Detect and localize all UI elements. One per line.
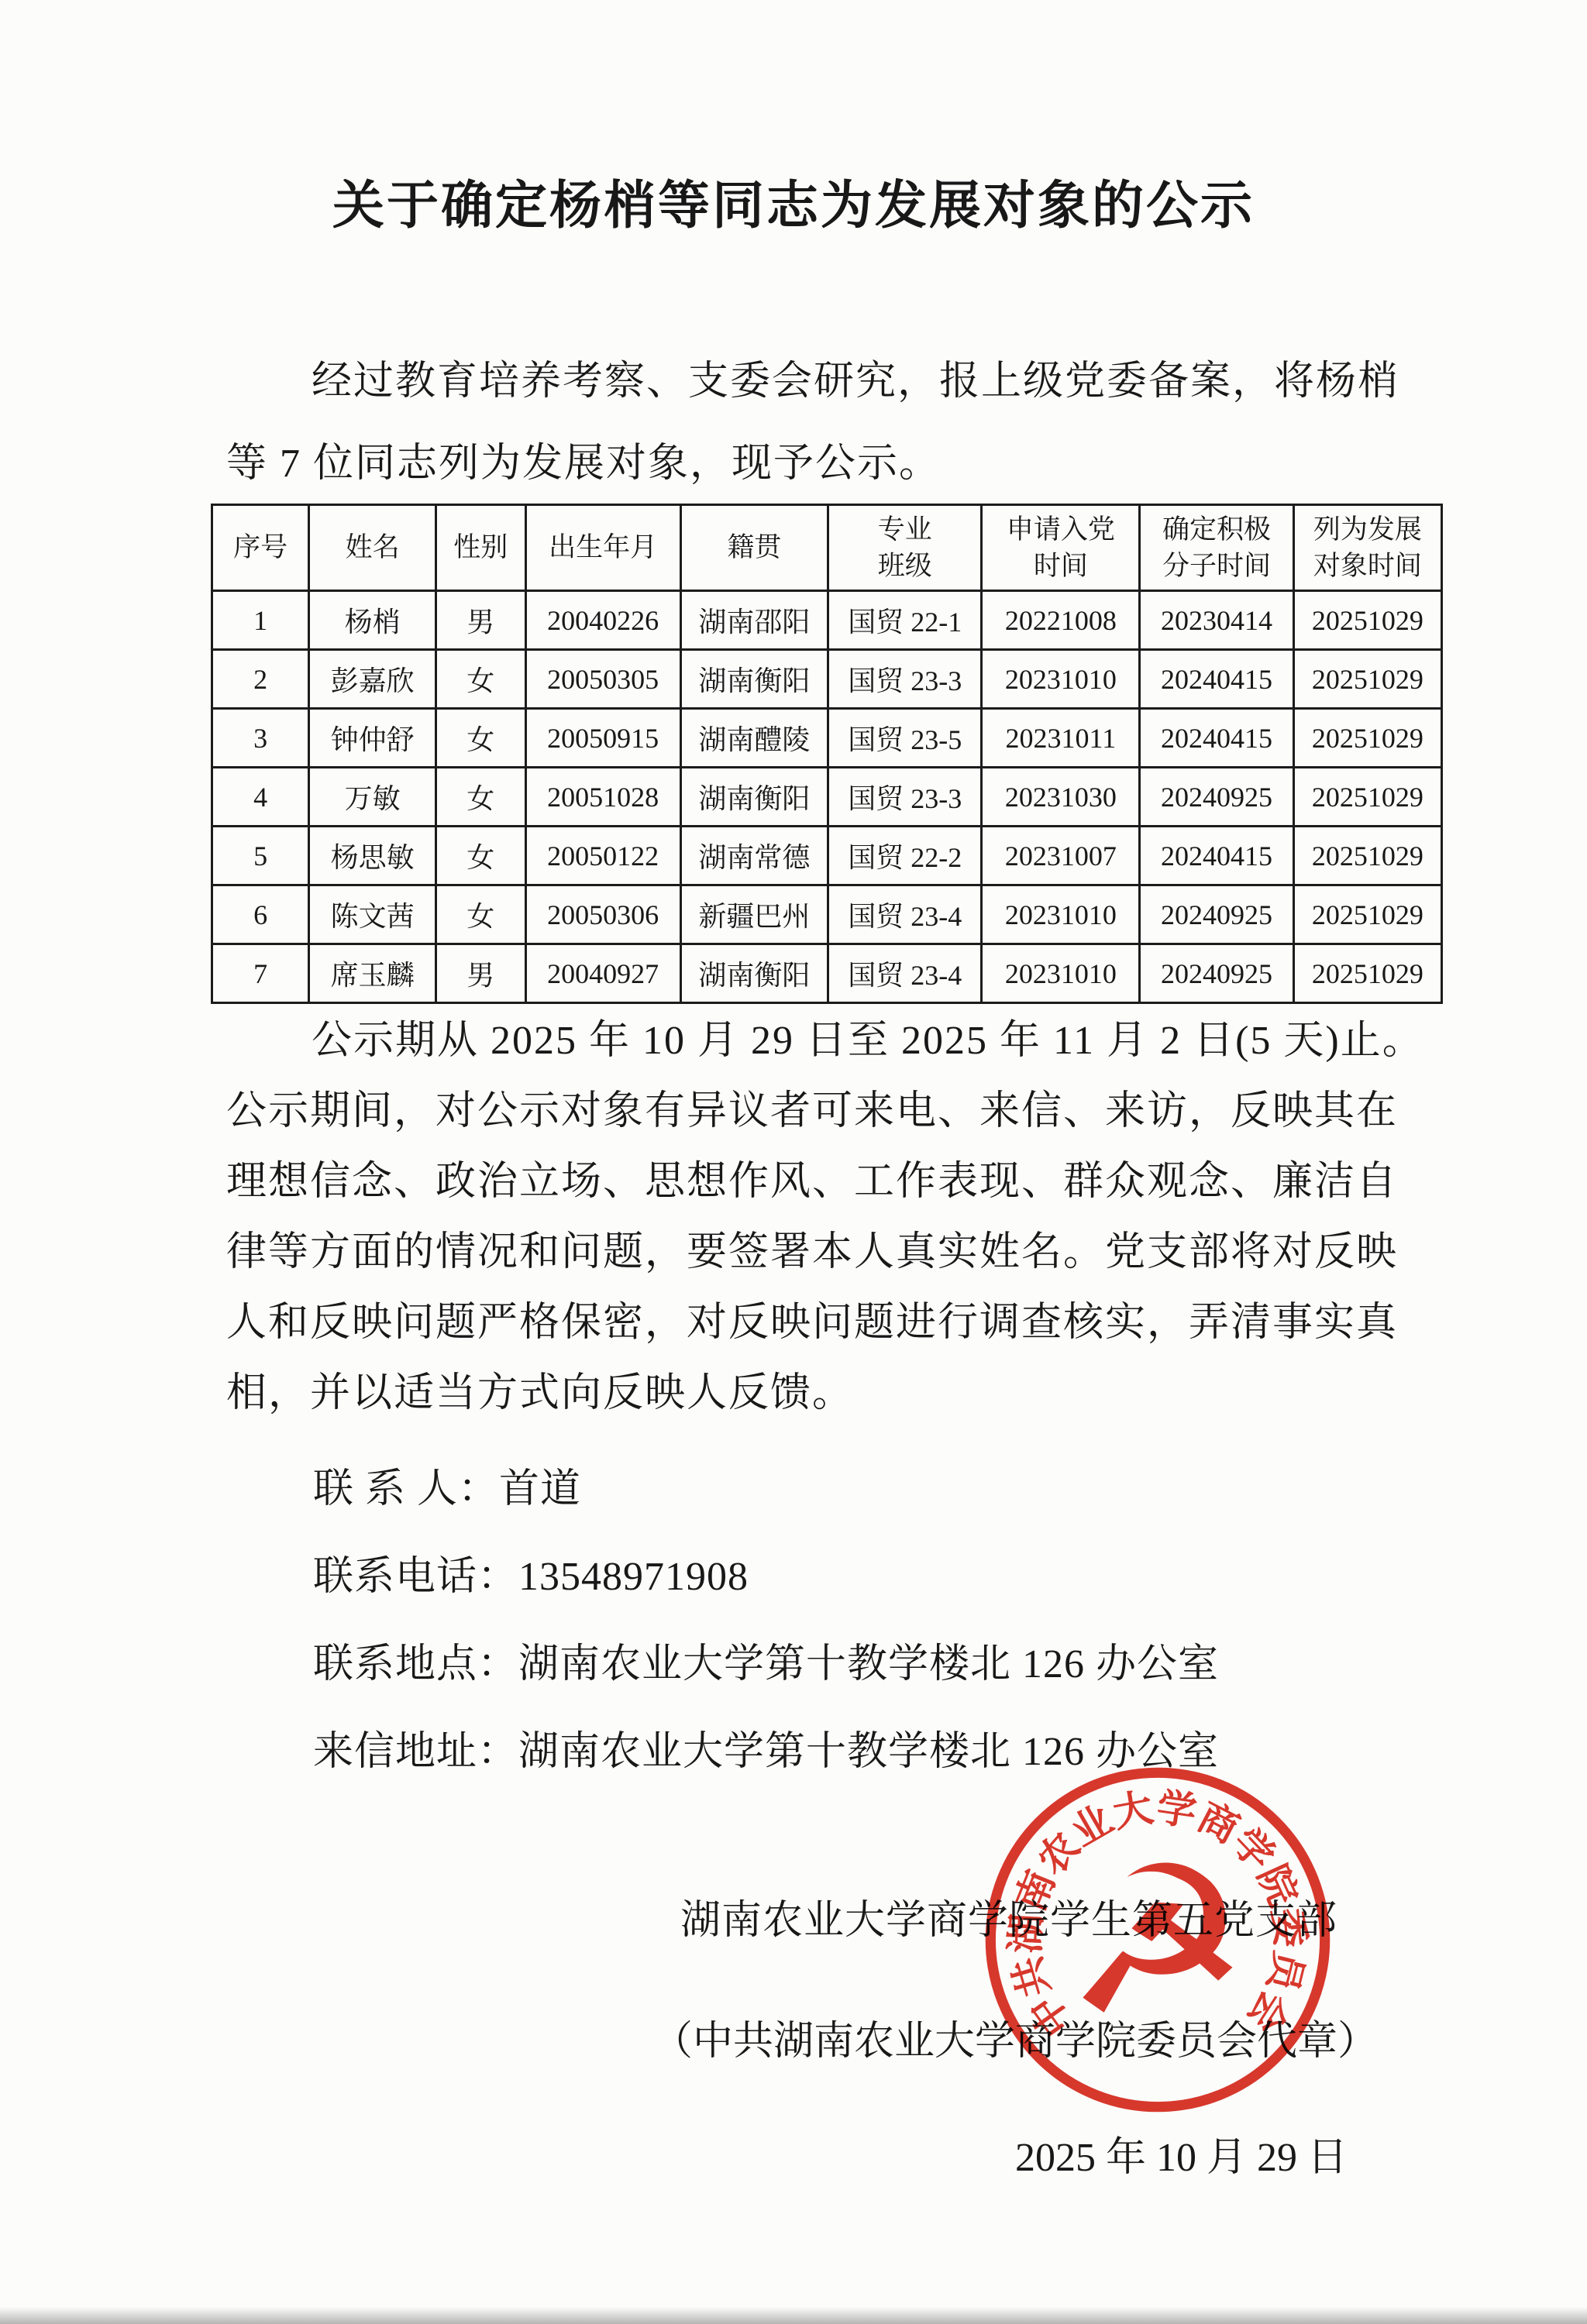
table-cell: 20231007 (982, 827, 1140, 885)
table-cell: 7 (212, 944, 309, 1003)
text-line: 公示期从 2025 年 10 月 29 日至 2025 年 11 月 2 日(5… (226, 1006, 1424, 1076)
table-cell: 1 (212, 591, 309, 650)
table-row: 2彭嘉欣女20050305湖南衡阳国贸 23-32023101020240415… (212, 650, 1442, 709)
table-cell: 杨梢 (309, 591, 435, 650)
table-cell: 女 (435, 709, 525, 768)
table-cell: 20251029 (1293, 944, 1441, 1003)
text-line: 联系地点：湖南农业大学第十教学楼北 126 办公室 (313, 1621, 1219, 1708)
signature-date: 2025 年 10 月 29 日 (1015, 2124, 1348, 2182)
table-body: 1杨梢男20040226湖南邵阳国贸 22-120221008202304142… (212, 591, 1442, 1003)
column-header: 性别 (435, 505, 525, 591)
table-cell: 2 (212, 650, 309, 709)
column-header: 出生年月 (525, 505, 680, 591)
table-cell: 20231010 (982, 885, 1140, 944)
table-row: 1杨梢男20040226湖南邵阳国贸 22-120221008202304142… (212, 591, 1442, 650)
table-cell: 男 (435, 944, 525, 1003)
table-cell: 万敏 (309, 768, 435, 827)
table-cell: 湖南常德 (680, 827, 828, 885)
table-cell: 20040226 (525, 591, 680, 650)
table-cell: 20050915 (525, 709, 680, 768)
intro-paragraph: 经过教育培养考察、支委会研究，报上级党委备案，将杨梢等 7 位同志列为发展对象，… (226, 341, 1420, 505)
text-line: 来信地址：湖南农业大学第十教学楼北 126 办公室 (313, 1708, 1219, 1796)
text-line: 等 7 位同志列为发展对象，现予公示。 (226, 423, 1420, 505)
signature-org: 湖南农业大学商学院学生第五党支部 (680, 1887, 1337, 1945)
table-cell: 20231010 (982, 944, 1140, 1003)
table-cell: 20050306 (525, 885, 680, 944)
table-cell: 女 (435, 650, 525, 709)
table-cell: 20251029 (1293, 827, 1441, 885)
column-header: 籍贯 (680, 505, 828, 591)
table-cell: 20251029 (1293, 709, 1441, 768)
table-cell: 20240415 (1140, 650, 1293, 709)
table-cell: 5 (212, 827, 309, 885)
table-cell: 6 (212, 885, 309, 944)
table-cell: 20221008 (982, 591, 1140, 650)
table-header-row: 序号姓名性别出生年月籍贯专业 班级申请入党 时间确定积极 分子时间列为发展 对象… (212, 505, 1442, 591)
column-header: 列为发展 对象时间 (1293, 505, 1441, 591)
table-row: 6陈文茜女20050306新疆巴州国贸 23-42023101020240925… (212, 885, 1442, 944)
table-cell: 20231010 (982, 650, 1140, 709)
table-cell: 20051028 (525, 768, 680, 827)
table-cell: 湖南醴陵 (680, 709, 828, 768)
table-cell: 国贸 23-5 (828, 709, 982, 768)
table-row: 4万敏女20051028湖南衡阳国贸 23-320231030202409252… (212, 768, 1442, 827)
table-cell: 20050305 (525, 650, 680, 709)
table-cell: 国贸 23-3 (828, 768, 982, 827)
text-line: 联系电话：13548971908 (313, 1533, 1219, 1621)
table-cell: 彭嘉欣 (309, 650, 435, 709)
table-cell: 国贸 23-3 (828, 650, 982, 709)
scan-edge-shadow (0, 2307, 1587, 2324)
table-row: 序号姓名性别出生年月籍贯专业 班级申请入党 时间确定积极 分子时间列为发展 对象… (212, 505, 1442, 591)
text-line: 相，并以适当方式向反映人反馈。 (226, 1358, 1424, 1428)
table-cell: 湖南衡阳 (680, 944, 828, 1003)
table-cell: 3 (212, 709, 309, 768)
column-header: 专业 班级 (828, 505, 982, 591)
table-cell: 湖南衡阳 (680, 650, 828, 709)
table-cell: 钟仲舒 (309, 709, 435, 768)
table-cell: 4 (212, 768, 309, 827)
table-row: 3钟仲舒女20050915湖南醴陵国贸 23-52023101120240415… (212, 709, 1442, 768)
table-cell: 20240925 (1140, 885, 1293, 944)
table-cell: 20251029 (1293, 591, 1441, 650)
text-line: 联 系 人：首道 (313, 1446, 1219, 1533)
table-cell: 新疆巴州 (680, 885, 828, 944)
contact-info: 联 系 人：首道联系电话：13548971908联系地点：湖南农业大学第十教学楼… (313, 1446, 1219, 1796)
table-cell: 20240925 (1140, 944, 1293, 1003)
column-header: 申请入党 时间 (982, 505, 1140, 591)
table-cell: 女 (435, 827, 525, 885)
table-cell: 20050122 (525, 827, 680, 885)
table-cell: 国贸 22-1 (828, 591, 982, 650)
table-cell: 20251029 (1293, 650, 1441, 709)
table-cell: 国贸 23-4 (828, 944, 982, 1003)
text-line: 公示期间，对公示对象有异议者可来电、来信、来访，反映其在 (226, 1076, 1424, 1147)
table-cell: 20040927 (525, 944, 680, 1003)
table-cell: 国贸 22-2 (828, 827, 982, 885)
table-cell: 湖南邵阳 (680, 591, 828, 650)
table-cell: 20230414 (1140, 591, 1293, 650)
table-cell: 20251029 (1293, 768, 1441, 827)
text-line: 理想信念、政治立场、思想作风、工作表现、群众观念、廉洁自 (226, 1147, 1424, 1217)
table-cell: 20251029 (1293, 885, 1441, 944)
table-cell: 席玉麟 (309, 944, 435, 1003)
column-header: 确定积极 分子时间 (1140, 505, 1293, 591)
column-header: 姓名 (309, 505, 435, 591)
signature-proxy-note: （中共湖南农业大学商学院委员会代章） (652, 2008, 1378, 2066)
table-cell: 20240925 (1140, 768, 1293, 827)
table-cell: 陈文茜 (309, 885, 435, 944)
notice-body-paragraph: 公示期从 2025 年 10 月 29 日至 2025 年 11 月 2 日(5… (226, 1006, 1424, 1428)
table-cell: 20231011 (982, 709, 1140, 768)
table-row: 7席玉麟男20040927湖南衡阳国贸 23-42023101020240925… (212, 944, 1442, 1003)
table-cell: 女 (435, 768, 525, 827)
table-cell: 20240415 (1140, 827, 1293, 885)
table-row: 5杨思敏女20050122湖南常德国贸 22-22023100720240415… (212, 827, 1442, 885)
applicants-table: 序号姓名性别出生年月籍贯专业 班级申请入党 时间确定积极 分子时间列为发展 对象… (211, 504, 1443, 1004)
table-cell: 国贸 23-4 (828, 885, 982, 944)
table-cell: 20231030 (982, 768, 1140, 827)
text-line: 律等方面的情况和问题，要签署本人真实姓名。党支部将对反映 (226, 1217, 1424, 1287)
table-cell: 杨思敏 (309, 827, 435, 885)
table-cell: 女 (435, 885, 525, 944)
page-title: 关于确定杨梢等同志为发展对象的公示 (0, 164, 1587, 239)
text-line: 经过教育培养考察、支委会研究，报上级党委备案，将杨梢 (226, 341, 1420, 423)
table-cell: 湖南衡阳 (680, 768, 828, 827)
document-page: 关于确定杨梢等同志为发展对象的公示 经过教育培养考察、支委会研究，报上级党委备案… (0, 0, 1587, 2324)
column-header: 序号 (212, 505, 309, 591)
table-cell: 男 (435, 591, 525, 650)
text-line: 人和反映问题严格保密，对反映问题进行调查核实，弄清事实真 (226, 1287, 1424, 1358)
table-cell: 20240415 (1140, 709, 1293, 768)
